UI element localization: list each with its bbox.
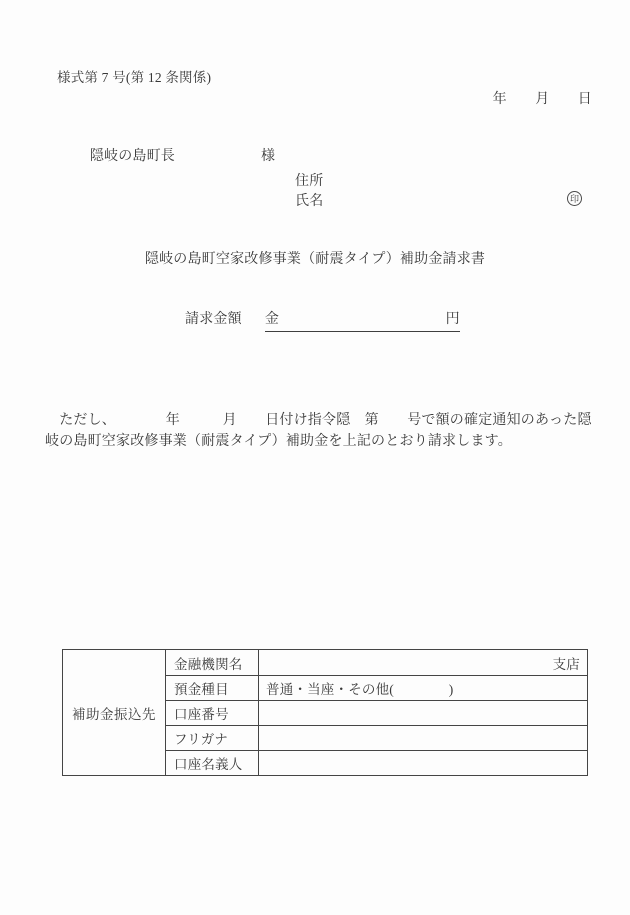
table-value-branch: 支店 [259, 650, 587, 675]
claim-amount-row: 請求金額 金 円 [185, 308, 460, 332]
date-fill-line: 年 月 日 [493, 88, 592, 108]
subsidy-claim-form-document: 様式第 7 号(第 12 条関係) 年 月 日 隠岐の島町長様 住所 氏名 印 … [0, 0, 630, 915]
table-value-deposit-type-options: 普通・当座・その他( ) [259, 675, 587, 700]
table-value-account-holder [259, 750, 587, 775]
body-text-line-2: 岐の島町空家改修事業（耐震タイプ）補助金を上記のとおり請求します。 [45, 430, 512, 450]
document-title: 隠岐の島町空家改修事業（耐震タイプ）補助金請求書 [0, 248, 630, 268]
claim-amount-fill-line: 金 円 [265, 308, 460, 332]
addressee-title: 隠岐の島町長 [90, 149, 175, 164]
table-label-furigana: フリガナ [166, 725, 259, 750]
table-label-financial-institution: 金融機関名 [166, 650, 259, 675]
table-label-account-holder: 口座名義人 [166, 750, 259, 775]
body-text-line-1: ただし、 年 月 日付け指令隠 第 号で額の確定通知のあった隠 [45, 409, 592, 429]
currency-suffix: 円 [446, 308, 460, 328]
addressee-row: 隠岐の島町長様 [75, 129, 275, 181]
name-label: 氏名 [295, 190, 323, 210]
bank-transfer-table: 補助金振込先 金融機関名 支店 預金種目 普通・当座・その他( ) 口座番号 フ… [62, 649, 588, 776]
table-label-deposit-type: 預金種目 [166, 675, 259, 700]
currency-prefix: 金 [265, 308, 279, 328]
table-value-account-number [259, 700, 587, 725]
honorific-sama: 様 [261, 149, 275, 164]
table-row-header-transfer-destination: 補助金振込先 [63, 650, 166, 775]
seal-mark-icon: 印 [567, 191, 582, 206]
claim-amount-label: 請求金額 [185, 308, 242, 328]
address-label: 住所 [295, 170, 323, 190]
form-number: 様式第 7 号(第 12 条関係) [57, 66, 211, 86]
table-label-account-number: 口座番号 [166, 700, 259, 725]
table-value-furigana [259, 725, 587, 750]
